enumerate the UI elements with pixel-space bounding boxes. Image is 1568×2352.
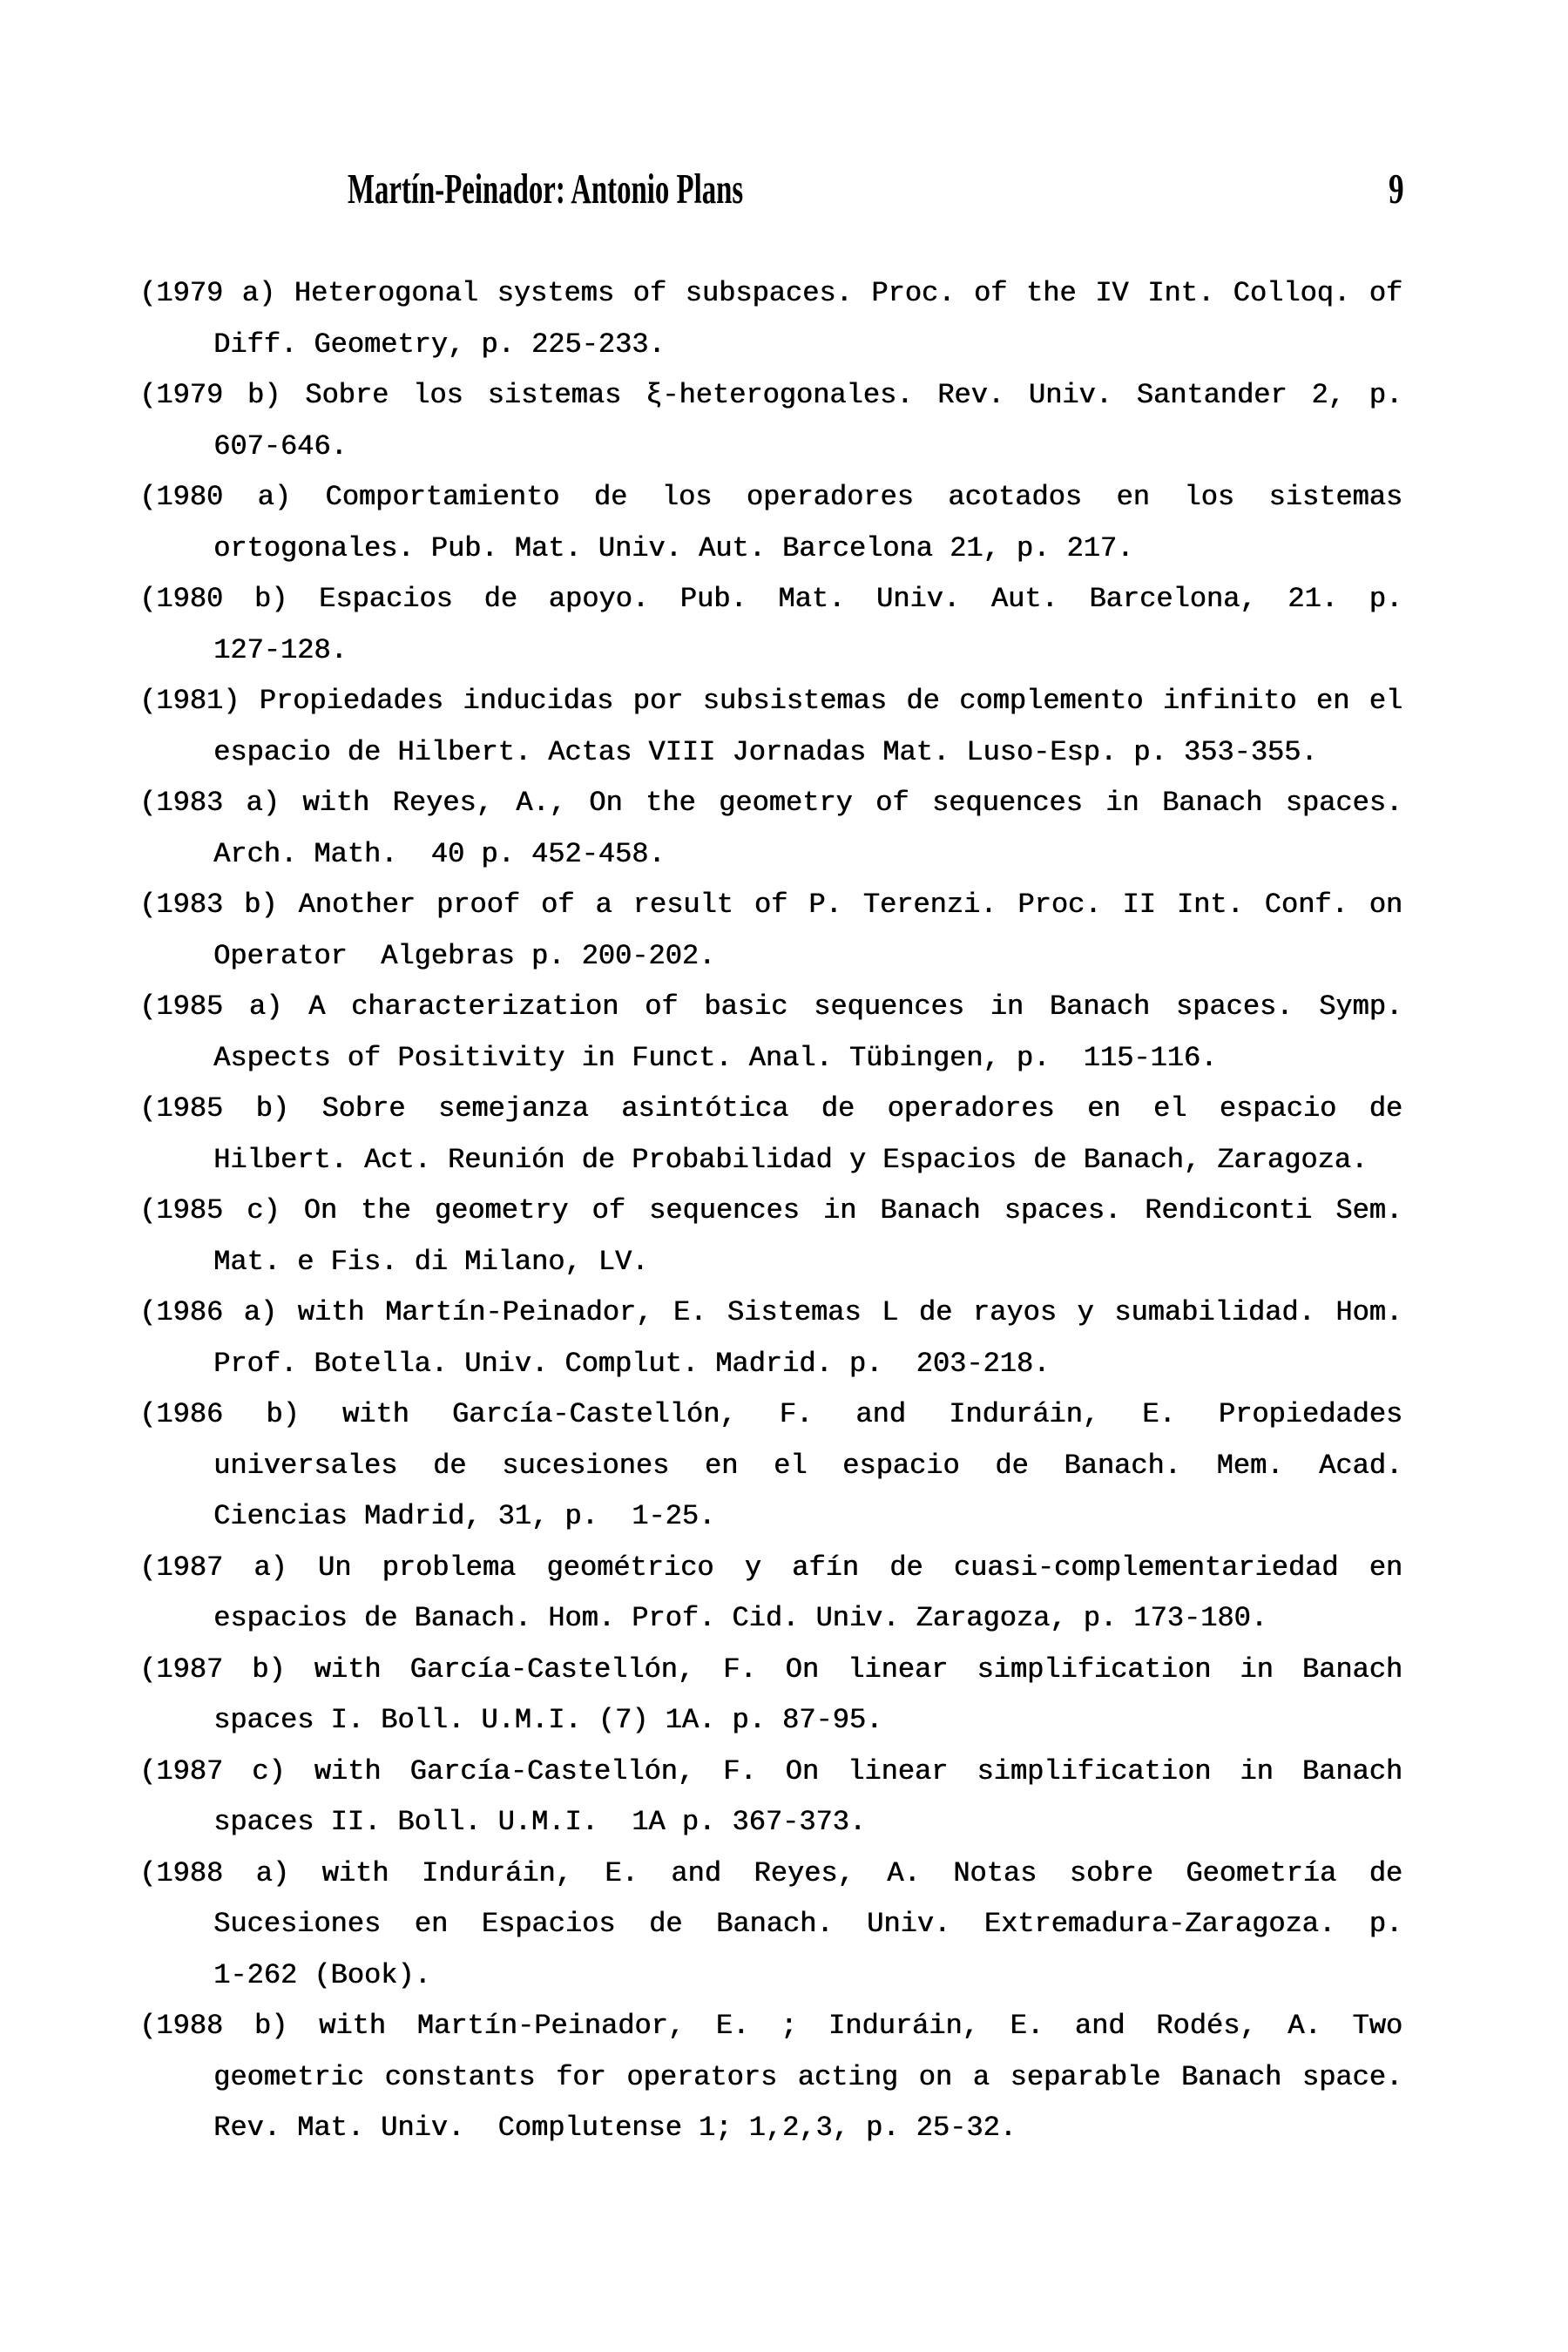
bibliography-line: (1987 b) with García-Castellón, F. On li… bbox=[139, 1645, 1402, 1696]
bibliography-line: Mat. e Fis. di Milano, LV. bbox=[213, 1237, 1402, 1288]
bibliography-line: geometric constants for operators acting… bbox=[213, 2052, 1402, 2104]
bibliography-entry: (1985 a) A characterization of basic seq… bbox=[0, 982, 1568, 1084]
bibliography-line: universales de sucesiones en el espacio … bbox=[213, 1441, 1402, 1492]
bibliography-entry: (1985 c) On the geometry of sequences in… bbox=[0, 1186, 1568, 1288]
bibliography-line: (1988 a) with Induráin, E. and Reyes, A.… bbox=[139, 1848, 1402, 1900]
bibliography-entry: (1987 c) with García-Castellón, F. On li… bbox=[0, 1747, 1568, 1848]
bibliography-line: 1-262 (Book). bbox=[213, 1950, 1402, 2002]
bibliography-entry: (1983 b) Another proof of a result of P.… bbox=[0, 880, 1568, 982]
bibliography-line: Diff. Geometry, p. 225-233. bbox=[213, 320, 1402, 371]
bibliography-line: Aspects of Positivity in Funct. Anal. Tü… bbox=[213, 1033, 1402, 1085]
bibliography-entry: (1986 b) with García-Castellón, F. and I… bbox=[0, 1389, 1568, 1543]
bibliography-entry: (1985 b) Sobre semejanza asintótica de o… bbox=[0, 1084, 1568, 1186]
bibliography-line: (1980 b) Espacios de apoyo. Pub. Mat. Un… bbox=[139, 574, 1402, 625]
bibliography-line: (1983 a) with Reyes, A., On the geometry… bbox=[139, 778, 1402, 829]
bibliography-line: Arch. Math. 40 p. 452-458. bbox=[213, 829, 1402, 881]
bibliography-line: spaces I. Boll. U.M.I. (7) 1A. p. 87-95. bbox=[213, 1695, 1402, 1747]
page-number: 9 bbox=[1389, 167, 1404, 210]
bibliography-line: (1987 a) Un problema geométrico y afín d… bbox=[139, 1543, 1402, 1594]
bibliography-list: (1979 a) Heterogonal systems of subspace… bbox=[0, 268, 1568, 2154]
bibliography-line: Ciencias Madrid, 31, p. 1-25. bbox=[213, 1491, 1402, 1543]
bibliography-line: Hilbert. Act. Reunión de Probabilidad y … bbox=[213, 1135, 1402, 1186]
bibliography-entry: (1988 a) with Induráin, E. and Reyes, A.… bbox=[0, 1848, 1568, 2002]
bibliography-line: Rev. Mat. Univ. Complutense 1; 1,2,3, p.… bbox=[213, 2103, 1402, 2154]
bibliography-line: (1980 a) Comportamiento de los operadore… bbox=[139, 472, 1402, 524]
bibliography-entry: (1983 a) with Reyes, A., On the geometry… bbox=[0, 778, 1568, 880]
bibliography-line: (1979 b) Sobre los sistemas ξ-heterogona… bbox=[139, 370, 1402, 422]
bibliography-line: 607-646. bbox=[213, 422, 1402, 473]
bibliography-line: spaces II. Boll. U.M.I. 1A p. 367-373. bbox=[213, 1797, 1402, 1848]
bibliography-line: (1985 a) A characterization of basic seq… bbox=[139, 982, 1402, 1033]
bibliography-entry: (1987 a) Un problema geométrico y afín d… bbox=[0, 1543, 1568, 1645]
bibliography-entry: (1979 b) Sobre los sistemas ξ-heterogona… bbox=[0, 370, 1568, 472]
bibliography-entry: (1981) Propiedades inducidas por subsist… bbox=[0, 676, 1568, 778]
bibliography-line: (1987 c) with García-Castellón, F. On li… bbox=[139, 1747, 1402, 1798]
bibliography-line: (1983 b) Another proof of a result of P.… bbox=[139, 880, 1402, 931]
bibliography-entry: (1988 b) with Martín-Peinador, E. ; Indu… bbox=[0, 2001, 1568, 2154]
bibliography-line: (1985 c) On the geometry of sequences in… bbox=[139, 1186, 1402, 1237]
bibliography-line: espacios de Banach. Hom. Prof. Cid. Univ… bbox=[213, 1593, 1402, 1645]
document-page: Martín-Peinador: Antonio Plans 9 (1979 a… bbox=[0, 0, 1568, 2352]
bibliography-line: (1985 b) Sobre semejanza asintótica de o… bbox=[139, 1084, 1402, 1135]
bibliography-line: (1986 b) with García-Castellón, F. and I… bbox=[139, 1389, 1402, 1441]
bibliography-entry: (1980 a) Comportamiento de los operadore… bbox=[0, 472, 1568, 574]
bibliography-line: ortogonales. Pub. Mat. Univ. Aut. Barcel… bbox=[213, 524, 1402, 575]
bibliography-entry: (1986 a) with Martín-Peinador, E. Sistem… bbox=[0, 1288, 1568, 1389]
bibliography-line: Prof. Botella. Univ. Complut. Madrid. p.… bbox=[213, 1339, 1402, 1390]
bibliography-entry: (1980 b) Espacios de apoyo. Pub. Mat. Un… bbox=[0, 574, 1568, 676]
bibliography-line: (1988 b) with Martín-Peinador, E. ; Indu… bbox=[139, 2001, 1402, 2052]
bibliography-line: (1981) Propiedades inducidas por subsist… bbox=[139, 676, 1402, 727]
bibliography-line: espacio de Hilbert. Actas VIII Jornadas … bbox=[213, 727, 1402, 779]
bibliography-line: (1979 a) Heterogonal systems of subspace… bbox=[139, 268, 1402, 320]
bibliography-line: Operator Algebras p. 200-202. bbox=[213, 931, 1402, 983]
page-header-title: Martín-Peinador: Antonio Plans bbox=[348, 167, 743, 210]
bibliography-line: (1986 a) with Martín-Peinador, E. Sistem… bbox=[139, 1288, 1402, 1339]
bibliography-line: Sucesiones en Espacios de Banach. Univ. … bbox=[213, 1899, 1402, 1950]
bibliography-entry: (1987 b) with García-Castellón, F. On li… bbox=[0, 1645, 1568, 1747]
bibliography-line: 127-128. bbox=[213, 625, 1402, 677]
bibliography-entry: (1979 a) Heterogonal systems of subspace… bbox=[0, 268, 1568, 370]
